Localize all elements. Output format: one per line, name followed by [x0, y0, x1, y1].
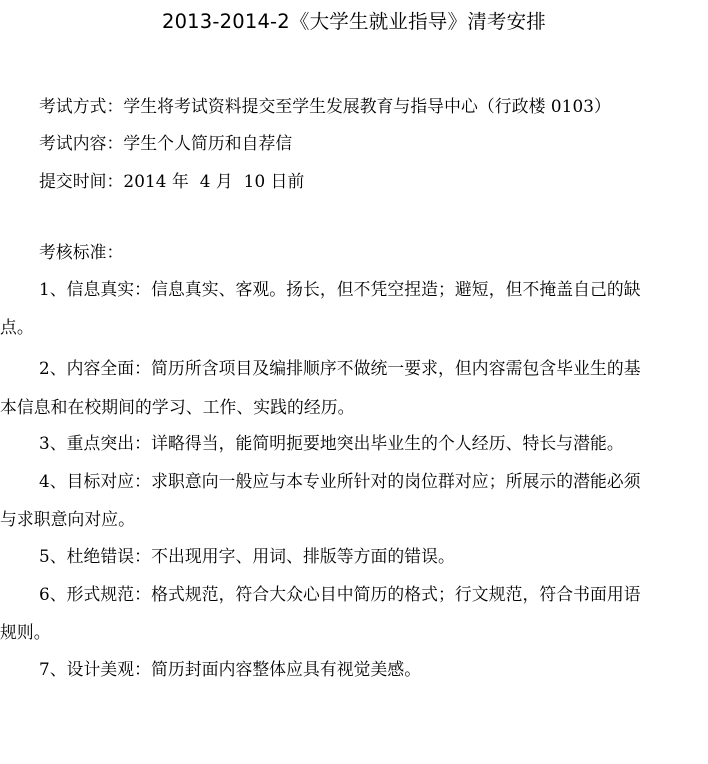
criterion-5-line-1: 5、杜绝错误：不出现用字、用词、排版等方面的错误。 [39, 544, 455, 568]
criterion-4-line-1: 4、目标对应：求职意向一般应与本专业所针对的岗位群对应；所展示的潜能必须 [39, 469, 641, 493]
info-label: 考试内容： [39, 133, 123, 153]
criterion-3-line-1: 3、重点突出：详略得当，能简明扼要地突出毕业生的个人经历、特长与潜能。 [39, 431, 624, 455]
criterion-7-line-1: 7、设计美观：简历封面内容整体应具有视觉美感。 [39, 657, 421, 681]
document-title: 2013-2014-2《大学生就业指导》清考安排 [0, 8, 708, 36]
info-value: 学生将考试资料提交至学生发展教育与指导中心（行政楼 0103） [123, 96, 610, 116]
info-label: 考试方式： [39, 96, 123, 116]
criterion-2-line-2: 本信息和在校期间的学习、工作、实践的经历。 [0, 395, 355, 419]
criterion-1-line-2: 点。 [0, 315, 34, 339]
info-submit-time: 提交时间：2014 年 4 月 10 日前 [39, 169, 304, 193]
criterion-2-line-1: 2、内容全面：简历所含项目及编排顺序不做统一要求，但内容需包含毕业生的基 [39, 356, 641, 380]
info-exam-method: 考试方式：学生将考试资料提交至学生发展教育与指导中心（行政楼 0103） [39, 94, 611, 118]
criteria-heading: 考核标准： [39, 240, 123, 264]
criterion-1-line-1: 1、信息真实：信息真实、客观。扬长，但不凭空捏造；避短，但不掩盖自己的缺 [39, 277, 641, 301]
criterion-4-line-2: 与求职意向对应。 [0, 507, 135, 531]
info-exam-content: 考试内容：学生个人简历和自荐信 [39, 131, 292, 155]
criterion-6-line-1: 6、形式规范：格式规范，符合大众心目中简历的格式；行文规范，符合书面用语 [39, 582, 641, 606]
info-value: 学生个人简历和自荐信 [123, 133, 292, 153]
info-label: 提交时间： [39, 171, 123, 191]
info-value: 2014 年 4 月 10 日前 [123, 171, 304, 191]
criterion-6-line-2: 规则。 [0, 620, 51, 644]
